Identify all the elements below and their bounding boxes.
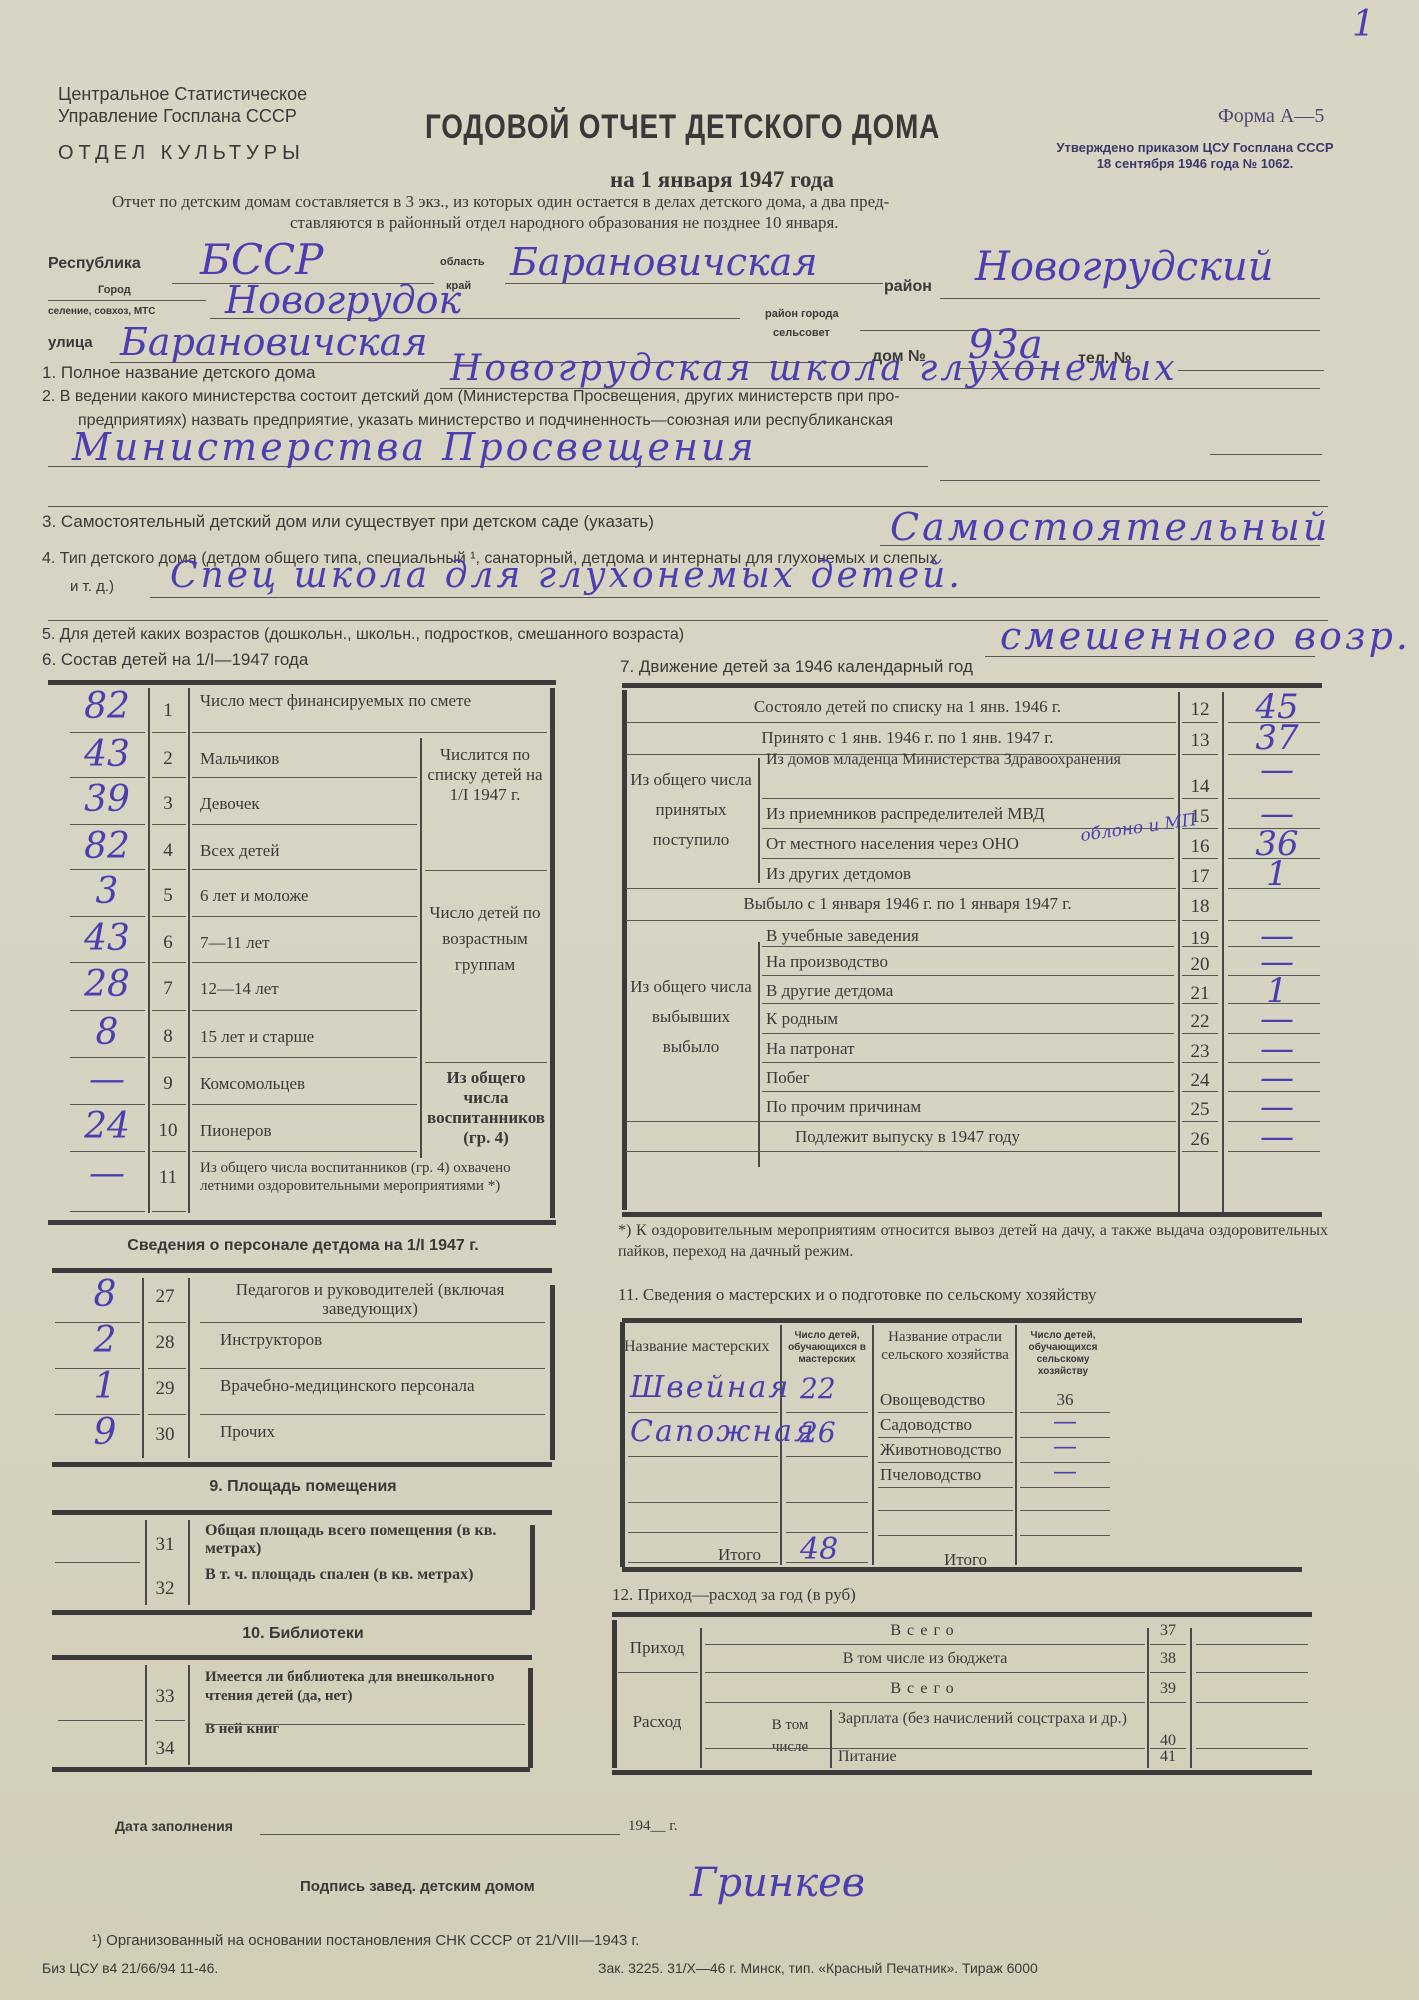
movement-label: Побег (766, 1068, 1176, 1087)
row-number: 38 (1153, 1650, 1183, 1668)
q1-label: 1. Полное название детского дома (42, 363, 315, 383)
workshop-total-label: Итого (718, 1545, 761, 1565)
row-number: 7 (153, 978, 183, 1000)
agri-count[interactable]: — (1025, 1457, 1105, 1485)
q3-label: 3. Самостоятельный детский дом или сущес… (42, 512, 654, 532)
row-number: 22 (1185, 1011, 1215, 1033)
section8-title: Сведения о персонале детдома на 1/I 1947… (48, 1237, 558, 1255)
movement-label: По прочим причинам (766, 1097, 1176, 1116)
finance-label: Питание (838, 1748, 1143, 1766)
row-label: Девочек (200, 795, 425, 813)
group-label-listed: Числится по списку детей на 1/I 1947 г. (425, 745, 545, 805)
staff-label: Прочих (220, 1422, 570, 1441)
row-number: 41 (1153, 1748, 1183, 1766)
org-line-2: Управление Госплана СССР (58, 105, 307, 127)
section11-title: 11. Сведения о мастерских и о подготовке… (618, 1285, 1096, 1305)
date-label: Дата заполнения (115, 1818, 233, 1834)
finance-label: Всего (705, 1680, 1145, 1698)
row-number: 9 (153, 1073, 183, 1095)
row-number: 8 (153, 1026, 183, 1048)
approval-line-1: Утверждено приказом ЦСУ Госплана СССР (1045, 140, 1345, 156)
group-label-received: Из общего числа принятых поступило (628, 765, 754, 855)
expense-label: Расход (616, 1712, 698, 1732)
group-label-left: Из общего числа выбывших выбыло (628, 972, 754, 1062)
row-number: 27 (150, 1286, 180, 1308)
row-number: 31 (150, 1534, 180, 1556)
finance-value-field[interactable] (1198, 1680, 1308, 1702)
row-number: 28 (150, 1332, 180, 1354)
q4-label-cont: и т. д.) (70, 578, 114, 595)
finance-value-field[interactable] (1198, 1622, 1308, 1644)
village-label: селение, совхоз, МТС (48, 306, 156, 317)
row-number: 18 (1185, 896, 1215, 918)
date-field[interactable] (260, 1834, 620, 1835)
finance-label: Всего (705, 1622, 1145, 1640)
row-number: 5 (153, 885, 183, 907)
group-label-ages: Число детей по возрастным группам (425, 900, 545, 978)
row-number: 16 (1185, 836, 1215, 858)
row-number: 30 (150, 1424, 180, 1446)
library-label: В ней книг (205, 1720, 525, 1739)
row-number: 11 (153, 1167, 183, 1189)
movement-label: На производство (766, 952, 1176, 971)
q1-field[interactable]: Новогрудская школа глухонемых (450, 348, 1178, 389)
count-value[interactable]: 8 (72, 1012, 142, 1053)
document-title: ГОДОВОЙ ОТЧЕТ ДЕТСКОГО ДОМА (425, 108, 940, 147)
staff-label: Инструкторов (220, 1330, 570, 1349)
row-label: Пионеров (200, 1122, 425, 1140)
agri-branch: Садоводство (880, 1415, 972, 1435)
row-number: 34 (150, 1738, 180, 1760)
movement-label: В другие детдома (766, 981, 1176, 1000)
city-district-label: район города (765, 308, 839, 320)
agri-branch: Животноводство (880, 1440, 1002, 1460)
selsovet-label: сельсовет (773, 327, 830, 339)
row-label: Всех детей (200, 842, 425, 860)
row-number: 14 (1185, 776, 1215, 798)
in-that-number-label: В том числе (752, 1714, 828, 1758)
workshop-total-value[interactable]: 48 (800, 1532, 838, 1567)
row-number: 17 (1185, 866, 1215, 888)
q5-label: 5. Для детей каких возрастов (дошкольн.,… (42, 626, 684, 644)
count-value[interactable]: 43 (72, 918, 142, 959)
row-number: 23 (1185, 1041, 1215, 1063)
row-number: 21 (1185, 983, 1215, 1005)
section10-title: 10. Библиотеки (48, 1625, 558, 1643)
staff-label: Педагогов и руководителей (включая завед… (195, 1280, 545, 1318)
row-number: 33 (150, 1686, 180, 1708)
q2-label: 2. В ведении какого министерства состоит… (42, 388, 900, 406)
movement-label: На патронат (766, 1039, 1176, 1058)
section12-title: 12. Приход—расход за год (в руб) (612, 1585, 856, 1605)
raion-field[interactable]: Новогрудский (975, 244, 1274, 290)
department: ОТДЕЛ КУЛЬТУРЫ (58, 142, 305, 165)
city-label: Город (98, 284, 131, 296)
row-number: 20 (1185, 954, 1215, 976)
staff-count[interactable]: 9 (70, 1412, 140, 1453)
row-number: 39 (1153, 1680, 1183, 1698)
finance-value-field[interactable] (1198, 1650, 1308, 1672)
staff-count[interactable]: 1 (70, 1366, 140, 1407)
row-label: Число мест финансируемых по смете (200, 692, 555, 710)
instruction-1: Отчет по детским домам составляется в 3 … (112, 192, 889, 212)
col-agri-count: Число детей, обучающихся сельскому хозяй… (1018, 1330, 1108, 1378)
count-value[interactable]: 82 (72, 686, 142, 727)
row-label: Мальчиков (200, 750, 425, 768)
q5-field[interactable]: смешенного возр. (1000, 614, 1411, 658)
page-number-mark: 1 (1352, 4, 1375, 45)
section7-title: 7. Движение детей за 1946 календарный го… (620, 657, 973, 677)
agri-count[interactable]: — (1025, 1432, 1105, 1460)
workshop-name[interactable]: Швейная (630, 1370, 790, 1405)
movement-label: Из домов младенца Министерства Здравоохр… (766, 750, 1176, 769)
row-number: 4 (153, 840, 183, 862)
finance-label: Зарплата (без начислений соцстраха и др.… (838, 1710, 1143, 1728)
imprint-left: Биз ЦСУ в4 21/66/94 11-46. (42, 1960, 218, 1976)
date-suffix: 194__ г. (628, 1818, 677, 1835)
footnote-organized: ¹) Организованный на основании постановл… (92, 1932, 639, 1949)
form-number: Форма А—5 (1218, 105, 1324, 128)
col-workshop-count: Число детей, обучающихся в мастерских (784, 1330, 870, 1366)
movement-label: Подлежит выпуску в 1947 году (640, 1127, 1175, 1146)
row-label: Комсомольцев (200, 1075, 425, 1093)
org-line-1: Центральное Статистическое (58, 83, 307, 105)
row-label: 12—14 лет (200, 980, 425, 998)
staff-count[interactable]: 2 (70, 1320, 140, 1361)
movement-label: Состояло детей по списку на 1 янв. 1946 … (640, 697, 1175, 716)
row-label: 6 лет и моложе (200, 887, 425, 905)
group-label-of-total: Из общего числа воспитанников (гр. 4) (425, 1068, 547, 1148)
street-label: улица (48, 334, 93, 351)
republic-label: Республика (48, 255, 141, 273)
library-label: Имеется ли библиотека для внешкольного ч… (205, 1668, 525, 1706)
count-value[interactable]: 3 (72, 871, 142, 912)
movement-label: В учебные заведения (766, 926, 1176, 945)
count-value[interactable]: 39 (72, 779, 142, 820)
footnote-health: *) К оздоровительным мероприятиям относи… (618, 1220, 1328, 1262)
q2-field[interactable]: Министерства Просвещения (72, 425, 757, 469)
oblast-field[interactable]: Барановичская (510, 240, 818, 284)
q4-field[interactable]: Спец школа для глухонемых детей. (170, 555, 963, 596)
movement-value[interactable]: — (1232, 750, 1322, 790)
movement-label: Выбыло с 1 января 1946 г. по 1 января 19… (640, 894, 1175, 913)
workshop-count[interactable]: 22 (800, 1372, 836, 1405)
signature: Гринкев (690, 1860, 865, 1906)
row-label: Из общего числа воспитанников (гр. 4) ох… (200, 1159, 555, 1195)
row-number: 25 (1185, 1099, 1215, 1121)
workshop-name[interactable]: Сапожная (630, 1414, 816, 1449)
finance-label: В том числе из бюджета (705, 1650, 1145, 1668)
staff-label: Врачебно-медицинского персонала (220, 1376, 570, 1395)
agri-branch: Пчеловодство (880, 1465, 981, 1485)
movement-label: К родным (766, 1009, 1176, 1028)
agri-branch: Овощеводство (880, 1390, 985, 1410)
section6-title: 6. Состав детей на 1/I—1947 года (42, 650, 308, 670)
document-page: 1 Центральное Статистическое Управление … (0, 0, 1419, 2000)
row-number: 32 (150, 1578, 180, 1600)
income-label: Приход (616, 1638, 698, 1658)
row-label: 7—11 лет (200, 934, 425, 952)
area-label: В т. ч. площадь спален (в кв. метрах) (205, 1566, 525, 1584)
street-field[interactable]: Барановичская (120, 320, 428, 364)
instruction-2: ставляются в районный отдел народного об… (290, 213, 839, 233)
row-number: 13 (1185, 730, 1215, 752)
workshop-count[interactable]: 26 (800, 1416, 836, 1449)
movement-label: Из других детдомов (766, 864, 1176, 883)
col-agri-name: Название отрасли сельского хозяйства (876, 1328, 1014, 1364)
row-number: 29 (150, 1378, 180, 1400)
movement-label: Из приемников распределителей МВД (766, 804, 1176, 823)
row-number: 12 (1185, 699, 1215, 721)
section9-title: 9. Площадь помещения (48, 1478, 558, 1496)
row-number: 24 (1185, 1070, 1215, 1092)
city-field[interactable]: Новогрудок (225, 278, 461, 322)
area-label: Общая площадь всего помещения (в кв. мет… (205, 1522, 525, 1558)
row-number: 1 (153, 700, 183, 722)
finance-value-field[interactable] (1198, 1748, 1308, 1770)
finance-value-field[interactable] (1198, 1710, 1308, 1732)
agri-count[interactable]: — (1025, 1407, 1105, 1435)
row-number: 10 (153, 1120, 183, 1142)
republic-field[interactable]: БССР (200, 235, 323, 284)
movement-label: Принято с 1 янв. 1946 г. по 1 янв. 1947 … (640, 728, 1175, 747)
count-value[interactable]: 24 (72, 1106, 142, 1147)
approval-note: Утверждено приказом ЦСУ Госплана СССР 18… (1045, 140, 1345, 172)
signature-label: Подпись завед. детским домом (300, 1878, 535, 1895)
imprint-right: Зак. 3225. 31/X—46 г. Минск, тип. «Красн… (598, 1960, 1038, 1976)
col-workshop-name: Название мастерских (624, 1338, 779, 1356)
oblast-label: область (440, 256, 485, 268)
staff-count[interactable]: 8 (70, 1274, 140, 1315)
row-number: 6 (153, 932, 183, 954)
row-label: 15 лет и старше (200, 1028, 425, 1046)
row-number: 3 (153, 793, 183, 815)
count-value[interactable]: — (72, 1059, 142, 1100)
count-value[interactable]: 43 (72, 734, 142, 775)
row-number: 37 (1153, 1622, 1183, 1640)
approval-line-2: 18 сентября 1946 года № 1062. (1045, 156, 1345, 172)
count-value[interactable]: 82 (72, 826, 142, 867)
raion-label: район (884, 278, 932, 296)
document-subtitle: на 1 января 1947 года (610, 167, 834, 193)
phone-field[interactable] (1178, 370, 1324, 371)
count-value[interactable]: — (72, 1153, 142, 1194)
row-number: 2 (153, 748, 183, 770)
count-value[interactable]: 28 (72, 964, 142, 1005)
org-name: Центральное Статистическое Управление Го… (58, 83, 307, 127)
row-number: 26 (1185, 1129, 1215, 1151)
area-total-field[interactable] (60, 1540, 140, 1560)
q3-field[interactable]: Самостоятельный (890, 505, 1330, 549)
